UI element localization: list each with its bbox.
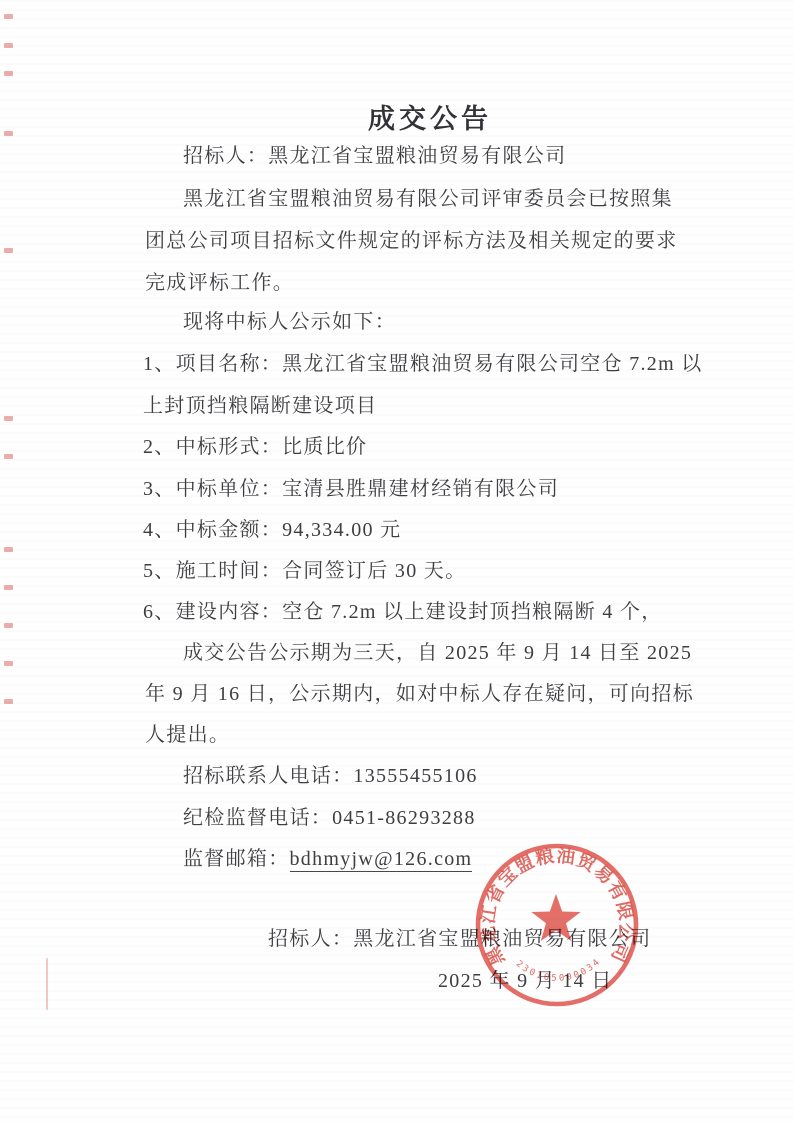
item-construction-time: 5、施工时间：合同签订后 30 天。 [143,559,466,583]
red-scan-mark [4,454,13,459]
company-seal: 黑龙江省宝盟粮油贸易有限公司 2301050000345 [466,834,650,1018]
red-scan-line [46,958,48,1010]
email-label: 监督邮箱： [183,848,290,870]
red-scan-mark [4,14,13,19]
red-scan-mark [4,547,13,552]
item-award-amount: 4、中标金额：94,334.00 元 [143,518,401,542]
red-scan-mark [4,71,13,76]
item-award-unit: 3、中标单位：宝清县胜鼎建材经销有限公司 [143,477,559,501]
body-line: 现将中标人公示如下： [183,310,396,334]
red-scan-mark [4,661,13,666]
red-scan-mark [4,131,13,136]
body-line: 完成评标工作。 [145,271,294,295]
seal-star-icon [531,894,580,941]
item-construction-content: 6、建设内容：空仓 7.2m 以上建设封顶挡粮隔断 4 个， [143,600,663,624]
contact-phone-line: 招标联系人电话：13555455106 [183,764,478,788]
red-scan-mark [4,248,13,253]
discipline-phone-line: 纪检监督电话：0451-86293288 [183,806,476,830]
publicity-period-line: 人提出。 [145,723,230,747]
red-scan-mark [4,585,13,590]
item-project-name: 1、项目名称：黑龙江省宝盟粮油贸易有限公司空仓 7.2m 以 [143,352,703,376]
publicity-period-line: 年 9 月 16 日，公示期内，如对中标人存在疑问，可向招标 [145,682,694,706]
red-scan-mark [4,699,13,704]
document-page: 成交公告 招标人：黑龙江省宝盟粮油贸易有限公司 黑龙江省宝盟粮油贸易有限公司评审… [0,0,794,1122]
supervision-email-line: 监督邮箱：bdhmyjw@126.com [183,847,472,871]
publicity-period-line: 成交公告公示期为三天，自 2025 年 9 月 14 日至 2025 [183,641,692,665]
red-scan-mark [4,416,13,421]
item-award-form: 2、中标形式：比质比价 [143,435,367,459]
red-scan-mark [4,43,13,48]
item-project-name-wrap: 上封顶挡粮隔断建设项目 [143,394,377,418]
email-link[interactable]: bdhmyjw@126.com [290,848,473,872]
page-title: 成交公告 [70,97,790,136]
body-line: 黑龙江省宝盟粮油贸易有限公司评审委员会已按照集 [183,187,673,211]
red-scan-mark [4,623,13,628]
body-line: 团总公司项目招标文件规定的评标方法及相关规定的要求 [145,229,678,253]
tenderer-line: 招标人：黑龙江省宝盟粮油贸易有限公司 [183,144,566,168]
